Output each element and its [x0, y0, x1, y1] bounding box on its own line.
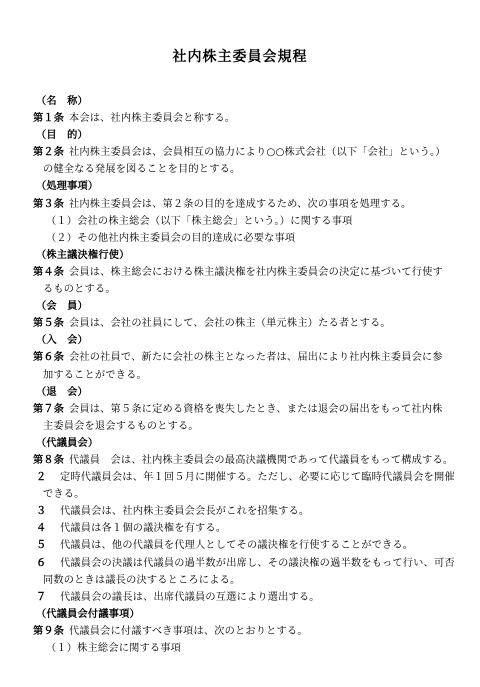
section-heading: （代議員会付議事項）	[33, 606, 453, 623]
article-line: 第２条社内株主委員会は、会員相互の協力により○○株式会社（以下「会社」という。）	[33, 144, 453, 161]
paragraph-text: 代議員会は、社内株主委員会会長がこれを招集する。	[60, 506, 309, 517]
article-number: 第１条	[33, 110, 69, 127]
article-number: 第６条	[33, 349, 69, 366]
article-text: 代議員会に付議すべき事項は、次のとおりとする。	[69, 626, 308, 637]
continuation-line: 加することができる。	[33, 367, 453, 384]
article-number: 第４条	[33, 264, 69, 281]
paragraph-number: ２	[33, 469, 60, 486]
section-heading: （目 的）	[33, 127, 453, 144]
paragraph-line: ３代議員会は、社内株主委員会会長がこれを招集する。	[33, 503, 453, 520]
paragraph-text: 代議員会の議長は、出席代議員の互選により選出する。	[60, 592, 320, 603]
article-line: 第９条代議員会に付議すべき事項は、次のとおりとする。	[33, 623, 453, 640]
article-text: 代議員 会は、社内株主委員会の最高決議機関であって代議員をもって構成する。	[69, 455, 453, 466]
article-line: 第３条社内株主委員会は、第２条の目的を達成するため、次の事項を処理する。	[33, 196, 453, 213]
paragraph-text: 代議員は各１個の議決権を有する。	[60, 523, 226, 534]
article-text: 社内株主委員会は、第２条の目的を達成するため、次の事項を処理する。	[69, 199, 411, 210]
article-text: 会員は、第５条に定める資格を喪失したとき、または退会の届出をもって社内株	[69, 404, 443, 415]
document-page: 社内株主委員会規程 （名 称）第１条本会は、社内株主委員会と称する。（目 的）第…	[0, 0, 480, 687]
paragraph-number: ６	[33, 555, 60, 572]
continuation-line: 同数のときは議長の決するところによる。	[33, 572, 453, 589]
paragraph-line: ４代議員は各１個の議決権を有する。	[33, 520, 453, 537]
article-number: 第９条	[33, 623, 69, 640]
document-body: （名 称）第１条本会は、社内株主委員会と称する。（目 的）第２条社内株主委員会は…	[33, 93, 453, 657]
article-number: 第８条	[33, 452, 69, 469]
article-line: 第５条会員は、会社の社員にして、会社の株主（単元株主）たる者とする。	[33, 315, 453, 332]
section-heading: （入 会）	[33, 332, 453, 349]
section-heading: （退 会）	[33, 384, 453, 401]
article-text: 会員は、株主総会における株主議決権を社内株主委員会の決定に基づいて行使す	[69, 267, 443, 278]
article-line: 第１条本会は、社内株主委員会と称する。	[33, 110, 453, 127]
continuation-line: 主委員会を退会するものとする。	[33, 418, 453, 435]
paragraph-text: 代議員は、他の代議員を代理人としてその議決権を行使することができる。	[60, 540, 413, 551]
section-heading: （代議員会）	[33, 435, 453, 452]
paragraph-number: ３	[33, 503, 60, 520]
document-title: 社内株主委員会規程	[0, 47, 480, 67]
article-text: 本会は、社内株主委員会と称する。	[69, 113, 235, 124]
section-heading: （処理事項）	[33, 178, 453, 195]
article-number: 第２条	[33, 144, 69, 161]
section-heading: （名 称）	[33, 93, 453, 110]
paragraph-number: ７	[33, 589, 60, 606]
section-heading: （会 員）	[33, 298, 453, 315]
continuation-line: できる。	[33, 486, 453, 503]
paragraph-line: ２定時代議員会は、年１回５月に開催する。ただし、必要に応じて臨時代議員会を開催	[33, 469, 453, 486]
article-text: 会員は、会社の社員にして、会社の株主（単元株主）たる者とする。	[69, 318, 391, 329]
paragraph-text: 代議員会の決議は代議員の過半数が出席し、その議決権の過半数をもって行い、可否	[60, 558, 455, 569]
list-item: （１）会社の株主総会（以下「株主総会」という。）に関する事項	[33, 213, 453, 230]
article-number: 第５条	[33, 315, 69, 332]
article-number: 第３条	[33, 196, 69, 213]
article-text: 会社の社員で、新たに会社の株主となった者は、届出により社内株主委員会に参	[69, 352, 443, 363]
article-line: 第８条代議員 会は、社内株主委員会の最高決議機関であって代議員をもって構成する。	[33, 452, 453, 469]
article-line: 第７条会員は、第５条に定める資格を喪失したとき、または退会の届出をもって社内株	[33, 401, 453, 418]
list-item: （１）株主総会に関する事項	[33, 640, 453, 657]
paragraph-line: ５代議員は、他の代議員を代理人としてその議決権を行使することができる。	[33, 537, 453, 554]
paragraph-line: ７代議員会の議長は、出席代議員の互選により選出する。	[33, 589, 453, 606]
continuation-line: の健全なる発展を図ることを目的とする。	[33, 161, 453, 178]
paragraph-text: 定時代議員会は、年１回５月に開催する。ただし、必要に応じて臨時代議員会を開催	[60, 472, 455, 483]
section-heading: （株主議決権行使）	[33, 247, 453, 264]
paragraph-number: ４	[33, 520, 60, 537]
continuation-line: るものとする。	[33, 281, 453, 298]
list-item: （２）その他社内株主委員会の目的達成に必要な事項	[33, 230, 453, 247]
paragraph-line: ６代議員会の決議は代議員の過半数が出席し、その議決権の過半数をもって行い、可否	[33, 555, 453, 572]
article-line: 第６条会社の社員で、新たに会社の株主となった者は、届出により社内株主委員会に参	[33, 349, 453, 366]
paragraph-number: ５	[33, 537, 60, 554]
article-text: 社内株主委員会は、会員相互の協力により○○株式会社（以下「会社」という。）	[69, 147, 446, 158]
article-number: 第７条	[33, 401, 69, 418]
article-line: 第４条会員は、株主総会における株主議決権を社内株主委員会の決定に基づいて行使す	[33, 264, 453, 281]
